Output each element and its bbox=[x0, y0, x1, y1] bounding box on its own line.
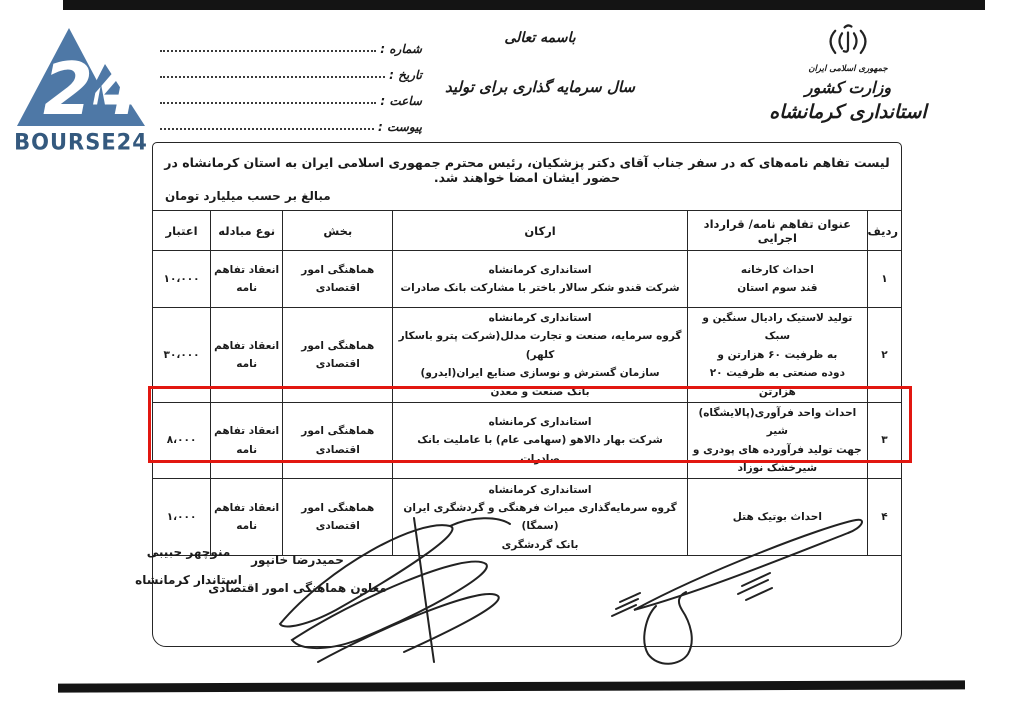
table-header-row: ردیف عنوان تفاهم نامه/ قرارداد اجرایی ار… bbox=[153, 211, 902, 251]
gov-governorate-line: استانداری کرمانشاه bbox=[742, 101, 954, 123]
letterhead-government-block: جمهوری اسلامی ایران وزارت کشور استانداری… bbox=[742, 24, 954, 123]
letterhead-center-block: باسمه تعالی سال سرمایه گذاری برای تولید bbox=[425, 30, 655, 96]
bismillah-text: باسمه تعالی bbox=[425, 30, 655, 46]
amount-unit-note: مبالغ بر حسب میلیارد تومان bbox=[165, 189, 331, 203]
scanned-document-page: 24 BOURSE24 جمهوری اسلامی ایران وزارت کش… bbox=[0, 0, 1019, 724]
header-mou-title: عنوان تفاهم نامه/ قرارداد اجرایی bbox=[687, 211, 867, 251]
header-row-number: ردیف bbox=[867, 211, 901, 251]
mou-table: ردیف عنوان تفاهم نامه/ قرارداد اجرایی ار… bbox=[152, 210, 902, 556]
cell-sector: هماهنگی امور اقتصادی bbox=[283, 402, 393, 479]
cell-mou-title: احداث واحد فرآوری(پالایشگاه) شیر جهت تول… bbox=[687, 402, 867, 479]
cell-row-number: ۲ bbox=[867, 308, 901, 403]
header-exchange-type: نوع مبادله bbox=[211, 211, 283, 251]
table-row: ۱ احداث کارخانه قند سوم استان استانداری … bbox=[153, 251, 902, 308]
cell-credit: ۱۰،۰۰۰ bbox=[153, 251, 211, 308]
scan-bottom-bar bbox=[58, 680, 965, 692]
field-attachment: پیوست : bbox=[160, 108, 422, 134]
field-number: شماره : bbox=[160, 30, 422, 56]
field-time-blank bbox=[160, 102, 376, 104]
scan-top-bar bbox=[63, 0, 985, 10]
header-credit: اعتبار bbox=[153, 211, 211, 251]
cell-parties: استانداری کرمانشاه شرکت بهار دالاهو (سها… bbox=[393, 402, 687, 479]
field-date-blank bbox=[160, 76, 385, 78]
cell-parties: استانداری کرمانشاه شرکت قندو شکر سالار ب… bbox=[393, 251, 687, 308]
field-attachment-blank bbox=[160, 128, 374, 130]
bourse24-logo-text: BOURSE24 bbox=[6, 129, 156, 154]
cell-mou-title: تولید لاستیک رادیال سنگین و سبک به ظرفیت… bbox=[687, 308, 867, 403]
field-attachment-label: پیوست : bbox=[374, 120, 422, 134]
iran-emblem-icon bbox=[821, 24, 875, 58]
table-row: ۲ تولید لاستیک رادیال سنگین و سبک به ظرف… bbox=[153, 308, 902, 403]
svg-text:24: 24 bbox=[43, 47, 143, 130]
header-sector: بخش bbox=[283, 211, 393, 251]
cell-row-number: ۳ bbox=[867, 402, 901, 479]
letterhead-fields: شماره : تاریخ : ساعت : پیوست : bbox=[160, 30, 422, 134]
gov-republic-line: جمهوری اسلامی ایران bbox=[742, 64, 954, 74]
cell-parties: استانداری کرمانشاه گروه سرمایه، صنعت و ت… bbox=[393, 308, 687, 403]
cell-mou-title: احداث کارخانه قند سوم استان bbox=[687, 251, 867, 308]
cell-credit: ۸،۰۰۰ bbox=[153, 402, 211, 479]
cell-credit: ۳۰،۰۰۰ bbox=[153, 308, 211, 403]
table-row-highlighted: ۳ احداث واحد فرآوری(پالایشگاه) شیر جهت ت… bbox=[153, 402, 902, 479]
field-time: ساعت : bbox=[160, 82, 422, 108]
cell-sector: هماهنگی امور اقتصادی bbox=[283, 308, 393, 403]
field-date: تاریخ : bbox=[160, 56, 422, 82]
field-number-label: شماره : bbox=[376, 42, 422, 56]
header-parties: ارکان bbox=[393, 211, 687, 251]
field-date-label: تاریخ : bbox=[385, 68, 422, 82]
year-slogan-text: سال سرمایه گذاری برای تولید bbox=[425, 78, 655, 96]
field-time-label: ساعت : bbox=[376, 94, 422, 108]
cell-exchange-type: انعقاد تفاهم نامه bbox=[211, 402, 283, 479]
cell-sector: هماهنگی امور اقتصادی bbox=[283, 251, 393, 308]
deputy-handwritten-signature bbox=[592, 506, 902, 666]
field-number-blank bbox=[160, 50, 376, 52]
bourse24-triangle-icon: 24 bbox=[17, 26, 145, 130]
document-title: لیست تفاهم نامه‌های که در سفر جناب آقای … bbox=[153, 155, 901, 185]
cell-row-number: ۱ bbox=[867, 251, 901, 308]
cell-exchange-type: انعقاد تفاهم نامه bbox=[211, 251, 283, 308]
cell-exchange-type: انعقاد تفاهم نامه bbox=[211, 308, 283, 403]
governor-handwritten-signature bbox=[258, 512, 518, 667]
gov-ministry-line: وزارت کشور bbox=[742, 78, 954, 97]
bourse24-logo: 24 BOURSE24 bbox=[6, 26, 156, 154]
